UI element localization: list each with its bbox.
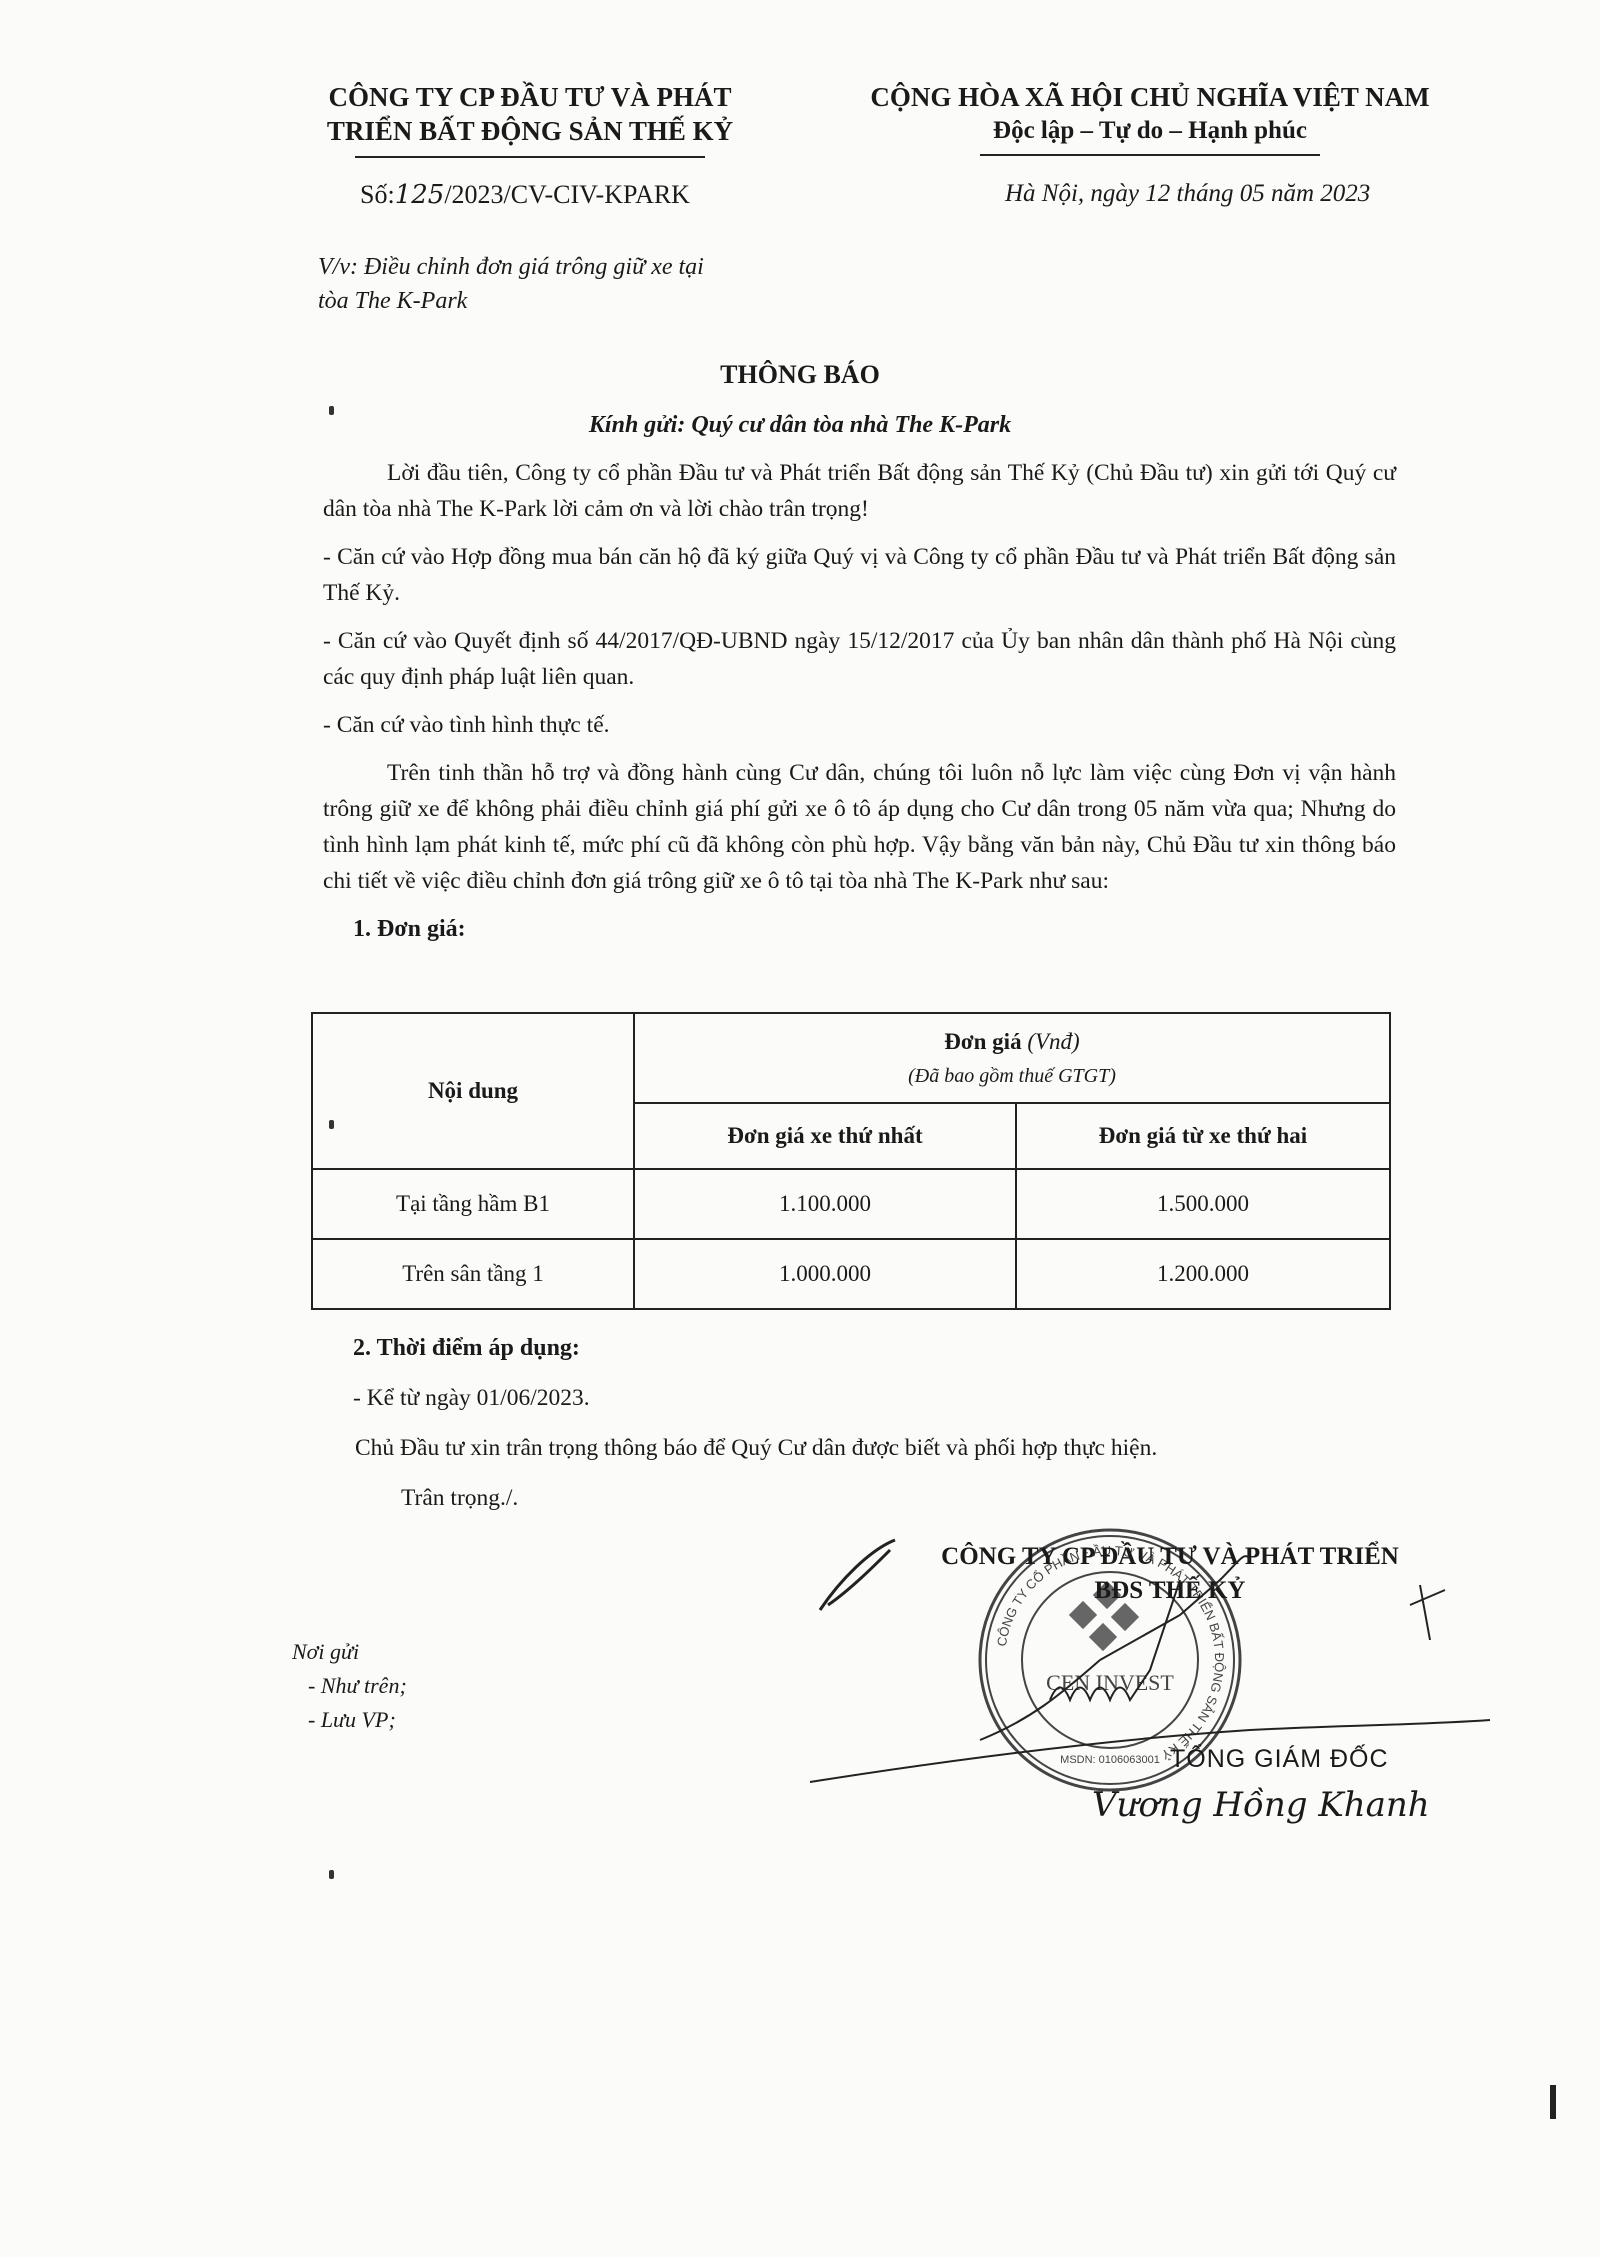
table-row: Tại tầng hầm B1 1.100.000 1.500.000: [312, 1169, 1390, 1239]
price-first-car: 1.100.000: [634, 1169, 1016, 1239]
price-second-car: 1.500.000: [1016, 1169, 1390, 1239]
regards: Trân trọng./.: [401, 1480, 1396, 1516]
col-header-content: Nội dung: [312, 1013, 634, 1169]
place-date: Hà Nội, ngày 12 tháng 05 năm 2023: [1005, 180, 1370, 208]
rationale-paragraph: Trên tinh thần hỗ trợ và đồng hành cùng …: [323, 755, 1396, 899]
vat-note: (Đã bao gồm thuế GTGT): [635, 1065, 1389, 1088]
recipients-block: Nơi gửi - Như trên; - Lưu VP;: [292, 1635, 407, 1737]
motto-underline: [980, 154, 1320, 156]
document-title: THÔNG BÁO: [0, 360, 1600, 390]
price-unit: (Vnđ): [1027, 1029, 1079, 1054]
price-table: Nội dung Đơn giá (Vnđ) (Đã bao gồm thuế …: [311, 1012, 1391, 1310]
section-effective-heading: 2. Thời điểm áp dụng:: [353, 1330, 1396, 1366]
row-label: Tại tầng hầm B1: [312, 1169, 634, 1239]
doc-number-prefix: Số:: [360, 180, 395, 209]
intro-paragraph: Lời đầu tiên, Công ty cổ phần Đầu tư và …: [323, 455, 1396, 527]
section-price-heading: 1. Đơn giá:: [353, 911, 1396, 947]
scan-edge-mark: [1550, 2085, 1556, 2119]
signature-icon: [800, 1520, 1500, 1820]
document-number: Số:125/2023/CV-CIV-KPARK: [360, 180, 690, 210]
doc-number-suffix: /2023/CV-CIV-KPARK: [444, 180, 690, 209]
issuer-name-line1: CÔNG TY CP ĐẦU TƯ VÀ PHÁT: [300, 80, 760, 114]
effective-date: - Kể từ ngày 01/06/2023.: [353, 1380, 1396, 1416]
body-text: Lời đầu tiên, Công ty cổ phần Đầu tư và …: [323, 455, 1396, 947]
basis-item: - Căn cứ vào tình hình thực tế.: [323, 707, 1396, 743]
national-motto: Độc lập – Tự do – Hạnh phúc: [840, 114, 1460, 148]
price-label: Đơn giá: [944, 1029, 1021, 1054]
col-header-first-car: Đơn giá xe thứ nhất: [634, 1103, 1016, 1169]
recipient-item: - Lưu VP;: [292, 1703, 407, 1737]
scan-speck: [329, 406, 334, 415]
subject: V/v: Điều chỉnh đơn giá trông giữ xe tại…: [318, 250, 718, 318]
recipient-item: - Như trên;: [292, 1669, 407, 1703]
col-header-price: Đơn giá (Vnđ) (Đã bao gồm thuế GTGT): [634, 1013, 1390, 1103]
row-label: Trên sân tầng 1: [312, 1239, 634, 1309]
basis-item: - Căn cứ vào Quyết định số 44/2017/QĐ-UB…: [323, 623, 1396, 695]
signatory-name: Vương Hồng Khanh: [1092, 1785, 1430, 1825]
price-first-car: 1.000.000: [634, 1239, 1016, 1309]
signatory-title: TỔNG GIÁM ĐỐC: [1170, 1745, 1389, 1774]
col-header-second-car: Đơn giá từ xe thứ hai: [1016, 1103, 1390, 1169]
table-row: Trên sân tầng 1 1.000.000 1.200.000: [312, 1239, 1390, 1309]
salutation: Kính gửi: Quý cư dân tòa nhà The K-Park: [0, 412, 1600, 439]
issuer-header: CÔNG TY CP ĐẦU TƯ VÀ PHÁT TRIỂN BẤT ĐỘNG…: [300, 80, 760, 158]
subject-line2: tòa The K-Park: [318, 284, 718, 318]
scan-speck: [329, 1120, 334, 1129]
price-second-car: 1.200.000: [1016, 1239, 1390, 1309]
issuer-name-line2: TRIỂN BẤT ĐỘNG SẢN THẾ KỶ: [300, 114, 760, 148]
closing-paragraph: Chủ Đầu tư xin trân trọng thông báo để Q…: [355, 1430, 1396, 1466]
republic-name: CỘNG HÒA XÃ HỘI CHỦ NGHĨA VIỆT NAM: [840, 80, 1460, 114]
issuer-underline: [355, 156, 705, 158]
national-header: CỘNG HÒA XÃ HỘI CHỦ NGHĨA VIỆT NAM Độc l…: [840, 80, 1460, 156]
scan-speck: [329, 1870, 334, 1879]
closing-text: 2. Thời điểm áp dụng: - Kể từ ngày 01/06…: [323, 1330, 1396, 1516]
recipients-label: Nơi gửi: [292, 1635, 407, 1669]
subject-line1: V/v: Điều chỉnh đơn giá trông giữ xe tại: [318, 250, 718, 284]
doc-number-handwritten: 125: [395, 180, 445, 210]
basis-item: - Căn cứ vào Hợp đồng mua bán căn hộ đã …: [323, 539, 1396, 611]
